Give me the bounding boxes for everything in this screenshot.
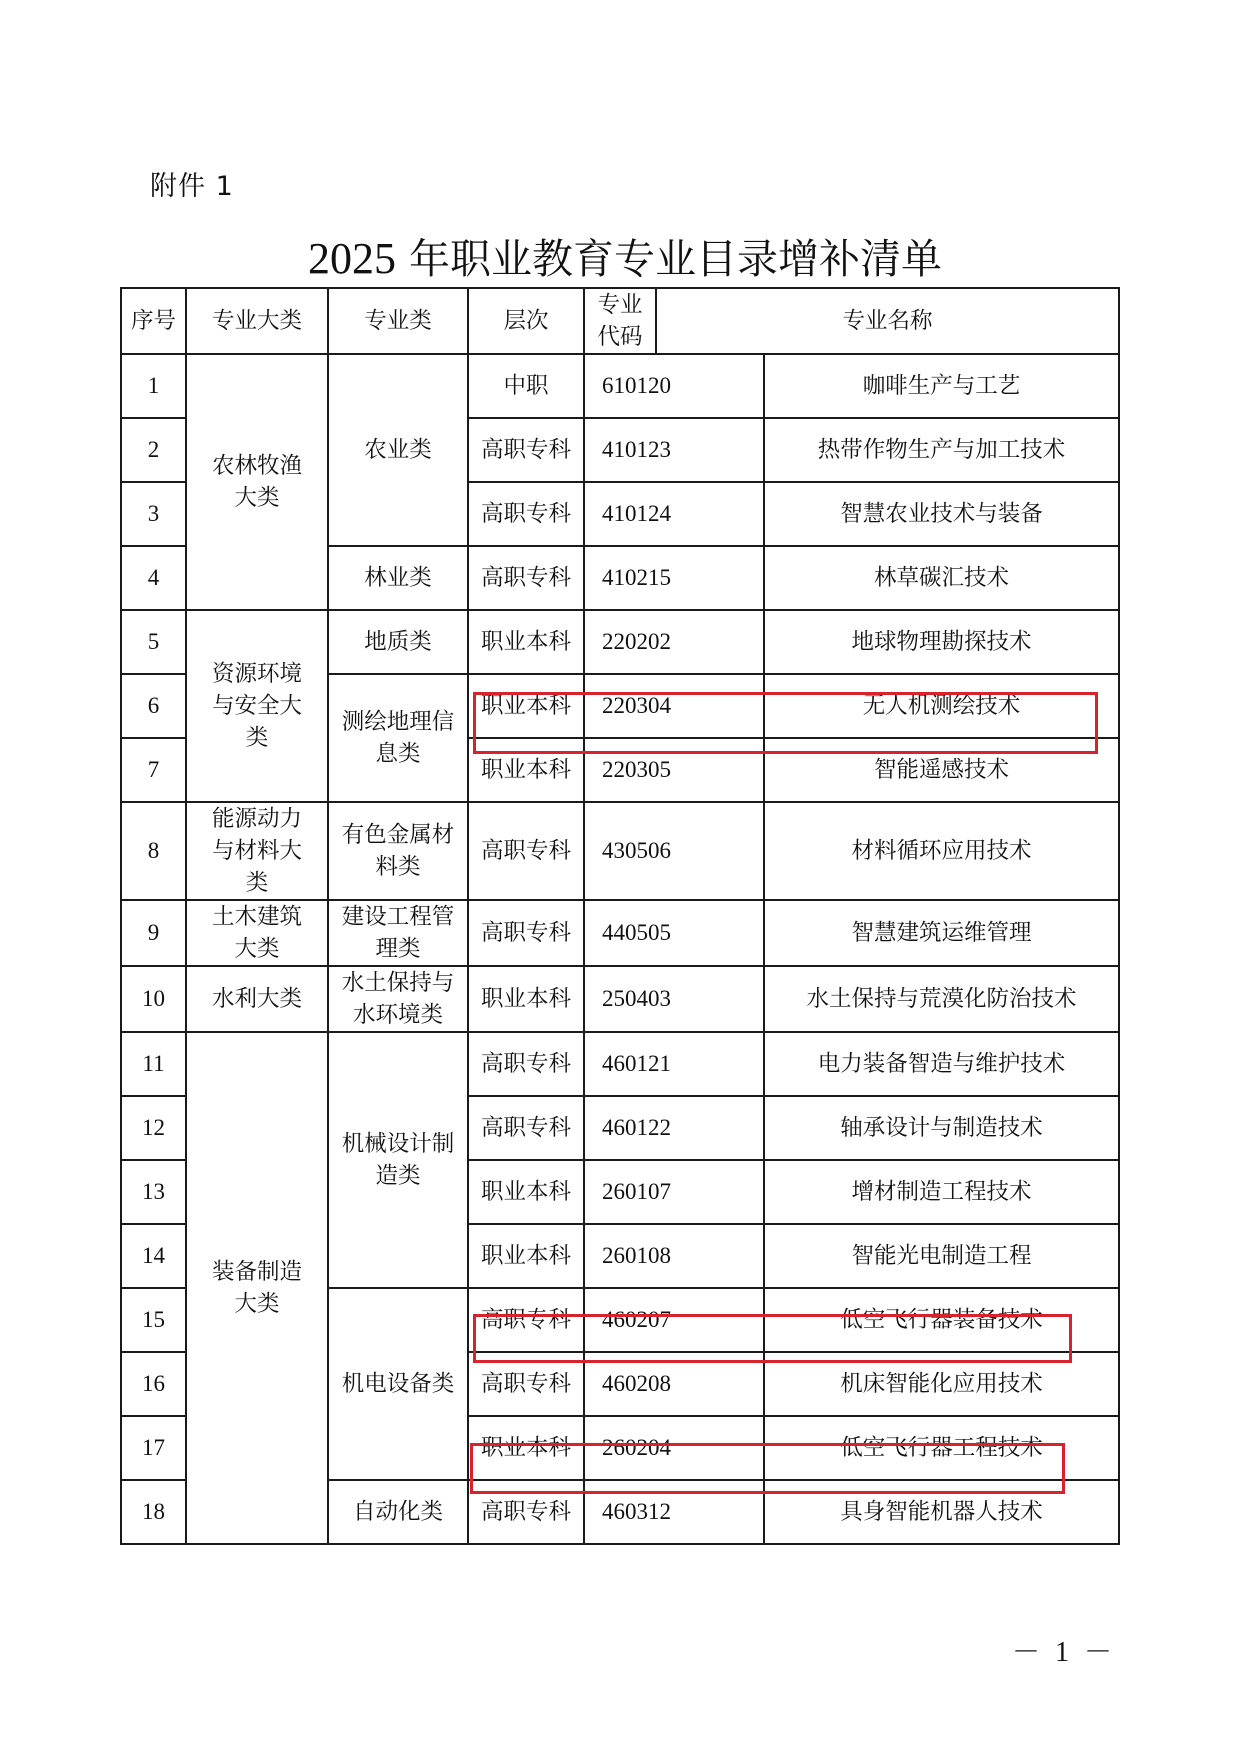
major-catalog-table: 序号 专业大类 专业类 层次 专业代码 专业名称 1 农林牧渔大类 农业类 中职…: [120, 287, 1120, 1545]
header-name: 专业名称: [656, 288, 1119, 354]
cell-name: 轴承设计与制造技术: [764, 1096, 1119, 1160]
cell-level: 职业本科: [468, 1224, 584, 1288]
cell-level: 职业本科: [468, 966, 584, 1032]
cell-level: 中职: [468, 354, 584, 418]
cell-sub-category: 林业类: [328, 546, 468, 610]
cell-code: 410123: [584, 418, 764, 482]
cell-name: 机床智能化应用技术: [764, 1352, 1119, 1416]
cell-major-category: 水利大类: [186, 966, 328, 1032]
cell-index: 15: [121, 1288, 186, 1352]
cell-index: 14: [121, 1224, 186, 1288]
cell-level: 职业本科: [468, 1160, 584, 1224]
cell-sub-category: 自动化类: [328, 1480, 468, 1544]
header-code-line1: 专业: [597, 292, 642, 318]
cell-name: 低空飞行器装备技术: [764, 1288, 1119, 1352]
cell-index: 17: [121, 1416, 186, 1480]
page-number: － 1 －: [1012, 1630, 1112, 1670]
cell-name: 材料循环应用技术: [764, 802, 1119, 900]
cell-major-category: 土木建筑大类: [186, 900, 328, 966]
table-row: 1 农林牧渔大类 农业类 中职 610120 咖啡生产与工艺: [121, 354, 1119, 418]
cell-name: 智能光电制造工程: [764, 1224, 1119, 1288]
cell-code: 440505: [584, 900, 764, 966]
cell-level: 职业本科: [468, 674, 584, 738]
cell-sub-category: 测绘地理信息类: [328, 674, 468, 802]
header-major-category: 专业大类: [186, 288, 328, 354]
cell-level: 高职专科: [468, 546, 584, 610]
cell-name: 水土保持与荒漠化防治技术: [764, 966, 1119, 1032]
cell-sub-category: 农业类: [328, 354, 468, 546]
cell-major-category: 农林牧渔大类: [186, 354, 328, 610]
cell-sub-category: 机电设备类: [328, 1288, 468, 1480]
cell-index: 6: [121, 674, 186, 738]
cell-name: 热带作物生产与加工技术: [764, 418, 1119, 482]
cell-level: 职业本科: [468, 1416, 584, 1480]
cell-name: 电力装备智造与维护技术: [764, 1032, 1119, 1096]
cell-code: 410215: [584, 546, 764, 610]
cell-sub-category: 地质类: [328, 610, 468, 674]
cell-code: 220305: [584, 738, 764, 802]
cell-code: 260204: [584, 1416, 764, 1480]
cell-index: 18: [121, 1480, 186, 1544]
cell-major-category: 资源环境与安全大类: [186, 610, 328, 802]
cell-level: 高职专科: [468, 1288, 584, 1352]
cell-level: 职业本科: [468, 738, 584, 802]
page-title: 2025 年职业教育专业目录增补清单: [0, 226, 1240, 285]
cell-sub-category: 机械设计制造类: [328, 1032, 468, 1288]
cell-level: 高职专科: [468, 1096, 584, 1160]
header-index: 序号: [121, 288, 186, 354]
cell-index: 3: [121, 482, 186, 546]
cell-index: 4: [121, 546, 186, 610]
cell-name: 增材制造工程技术: [764, 1160, 1119, 1224]
cell-sub-category: 水土保持与水环境类: [328, 966, 468, 1032]
cell-index: 8: [121, 802, 186, 900]
cell-level: 高职专科: [468, 418, 584, 482]
cell-level: 高职专科: [468, 1352, 584, 1416]
table-row: 10 水利大类 水土保持与水环境类 职业本科 250403 水土保持与荒漠化防治…: [121, 966, 1119, 1032]
title-text: 年职业教育专业目录增补清单: [396, 235, 942, 283]
cell-index: 7: [121, 738, 186, 802]
cell-level: 高职专科: [468, 900, 584, 966]
table-row: 9 土木建筑大类 建设工程管理类 高职专科 440505 智慧建筑运维管理: [121, 900, 1119, 966]
attachment-label: 附件 1: [150, 164, 234, 203]
cell-name: 无人机测绘技术: [764, 674, 1119, 738]
cell-code: 250403: [584, 966, 764, 1032]
cell-code: 460312: [584, 1480, 764, 1544]
cell-name: 智慧农业技术与装备: [764, 482, 1119, 546]
cell-name: 具身智能机器人技术: [764, 1480, 1119, 1544]
cell-code: 260108: [584, 1224, 764, 1288]
cell-level: 高职专科: [468, 482, 584, 546]
cell-index: 9: [121, 900, 186, 966]
cell-code: 460122: [584, 1096, 764, 1160]
header-level: 层次: [468, 288, 584, 354]
cell-name: 智能遥感技术: [764, 738, 1119, 802]
table-row: 5 资源环境与安全大类 地质类 职业本科 220202 地球物理勘探技术: [121, 610, 1119, 674]
cell-index: 13: [121, 1160, 186, 1224]
cell-index: 5: [121, 610, 186, 674]
cell-index: 12: [121, 1096, 186, 1160]
header-sub-category: 专业类: [328, 288, 468, 354]
cell-name: 咖啡生产与工艺: [764, 354, 1119, 418]
cell-code: 430506: [584, 802, 764, 900]
cell-sub-category: 有色金属材料类: [328, 802, 468, 900]
cell-name: 智慧建筑运维管理: [764, 900, 1119, 966]
cell-name: 地球物理勘探技术: [764, 610, 1119, 674]
cell-index: 10: [121, 966, 186, 1032]
cell-major-category: 能源动力与材料大类: [186, 802, 328, 900]
cell-index: 1: [121, 354, 186, 418]
cell-name: 林草碳汇技术: [764, 546, 1119, 610]
header-code-line2: 代码: [597, 324, 642, 350]
cell-code: 460121: [584, 1032, 764, 1096]
cell-code: 610120: [584, 354, 764, 418]
table-row: 8 能源动力与材料大类 有色金属材料类 高职专科 430506 材料循环应用技术: [121, 802, 1119, 900]
cell-level: 高职专科: [468, 1480, 584, 1544]
table-row: 11 装备制造大类 机械设计制造类 高职专科 460121 电力装备智造与维护技…: [121, 1032, 1119, 1096]
cell-code: 460207: [584, 1288, 764, 1352]
cell-major-category: 装备制造大类: [186, 1032, 328, 1544]
cell-index: 16: [121, 1352, 186, 1416]
cell-index: 11: [121, 1032, 186, 1096]
cell-index: 2: [121, 418, 186, 482]
cell-code: 460208: [584, 1352, 764, 1416]
cell-sub-category: 建设工程管理类: [328, 900, 468, 966]
cell-level: 高职专科: [468, 802, 584, 900]
cell-code: 220304: [584, 674, 764, 738]
cell-code: 260107: [584, 1160, 764, 1224]
cell-name: 低空飞行器工程技术: [764, 1416, 1119, 1480]
table-header-row: 序号 专业大类 专业类 层次 专业代码 专业名称: [121, 288, 1119, 354]
header-code: 专业代码: [584, 288, 656, 354]
cell-code: 220202: [584, 610, 764, 674]
title-year: 2025: [308, 234, 396, 283]
cell-level: 高职专科: [468, 1032, 584, 1096]
cell-level: 职业本科: [468, 610, 584, 674]
cell-code: 410124: [584, 482, 764, 546]
